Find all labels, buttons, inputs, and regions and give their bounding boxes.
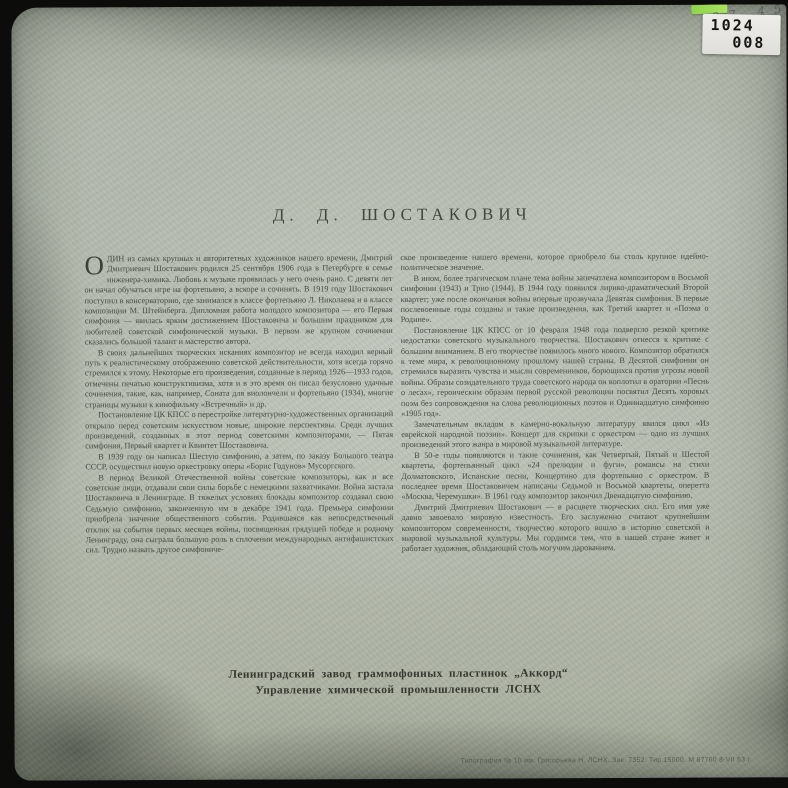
paragraph: Постановление ЦК КПСС от 10 февраля 1948… <box>401 324 709 419</box>
left-column: ОДИН из самых крупных и авторитетных худ… <box>84 253 394 666</box>
page-title: Д. Д. ШОСТАКОВИЧ <box>72 204 732 227</box>
paragraph: ское произведение нашего времени, которо… <box>400 252 708 274</box>
footer-line-2: Управление химической промышленности ЛСН… <box>86 681 710 700</box>
publisher-block: Ленинградский завод граммофонных пластин… <box>86 665 710 700</box>
photo-background: { "sticker": { "line1": "1024", "line2":… <box>0 0 788 788</box>
paragraph: Постановление ЦК КПСС о перестройке лите… <box>85 409 393 452</box>
catalog-sticker: 1024 008 <box>702 14 781 55</box>
right-column: ское произведение нашего времени, которо… <box>400 252 710 665</box>
paragraph: В 50-е годы появляются и такие сочинения… <box>401 449 709 502</box>
paragraph: Замечательным вкладом в камерно-вокальну… <box>401 418 709 451</box>
article: ОДИН из самых крупных и авторитетных худ… <box>84 252 710 667</box>
paragraph: В 1939 году он написал Шестую симфонию, … <box>85 451 393 473</box>
imprint: Типография № 10 им. Григорьева Н. ЛСНХ. … <box>461 756 752 764</box>
paragraph: Дмитрий Дмитриевич Шостакович — в расцве… <box>401 501 709 554</box>
paragraph: В период Великой Отечественной войны сов… <box>85 472 393 557</box>
catalog-number-top: 1024 <box>702 14 780 35</box>
paragraph: ОДИН из самых крупных и авторитетных худ… <box>84 253 392 348</box>
catalog-number-bottom: 008 <box>702 34 780 52</box>
paragraph: В ином, более трагическом плане тема вой… <box>400 272 708 325</box>
record-sleeve: 97 45 1024 008 Д. Д. ШОСТАКОВИЧ ОДИН из … <box>11 4 788 780</box>
paragraph: В своих дальнейших творческих исканиях к… <box>85 347 393 411</box>
